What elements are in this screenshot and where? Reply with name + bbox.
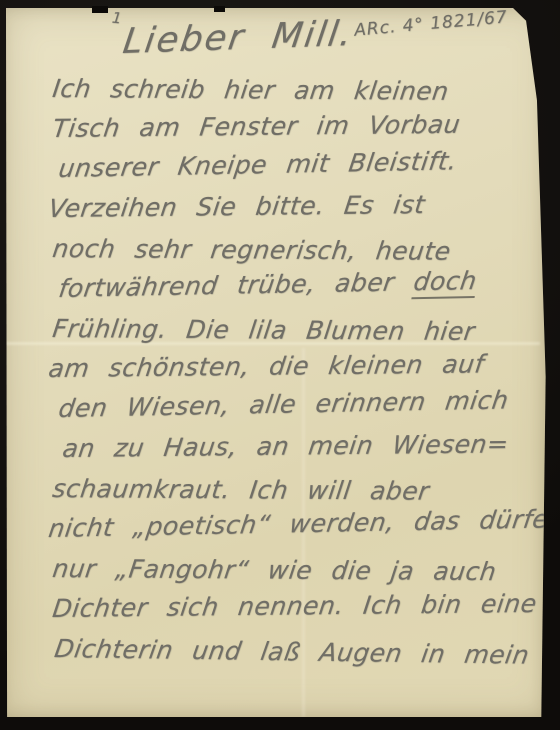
scan-edge-notch — [92, 6, 108, 13]
scanned-letter-background: 1 ARc. 4° 1821/67 Lieber Mill. Ich schre… — [0, 0, 560, 730]
underlined-word: doch — [411, 266, 478, 299]
letter-line: den Wiesen, alle erinnern mich — [55, 385, 528, 434]
letter-line: Dichterin und laß Augen in mein — [51, 634, 526, 681]
letter-line: unserer Kneipe mit Bleistift. — [55, 145, 528, 194]
letter-line-text: fortwährend trübe, aber — [57, 267, 416, 303]
letter-body: Ich schreib hier am kleinen Tisch am Fen… — [52, 74, 524, 674]
letter-line: fortwährend trübe, aber doch — [55, 265, 528, 314]
letter-line: an zu Haus, an mein Wiesen= — [59, 429, 527, 474]
page-number: 1 — [111, 9, 122, 28]
letter-line: Verzeihen Sie bitte. Es ist — [45, 189, 527, 234]
letter-paper: 1 ARc. 4° 1821/67 Lieber Mill. Ich schre… — [6, 8, 550, 717]
letter-line: Dichter sich nennen. Ich bin eine — [49, 589, 527, 634]
letter-salutation: Lieber Mill. — [121, 14, 356, 62]
archival-mark: ARc. 4° 1821/67 — [353, 7, 508, 40]
letter-line: nicht „poetisch“ werden, das dürfen — [45, 505, 528, 554]
scan-edge-notch — [214, 6, 225, 12]
